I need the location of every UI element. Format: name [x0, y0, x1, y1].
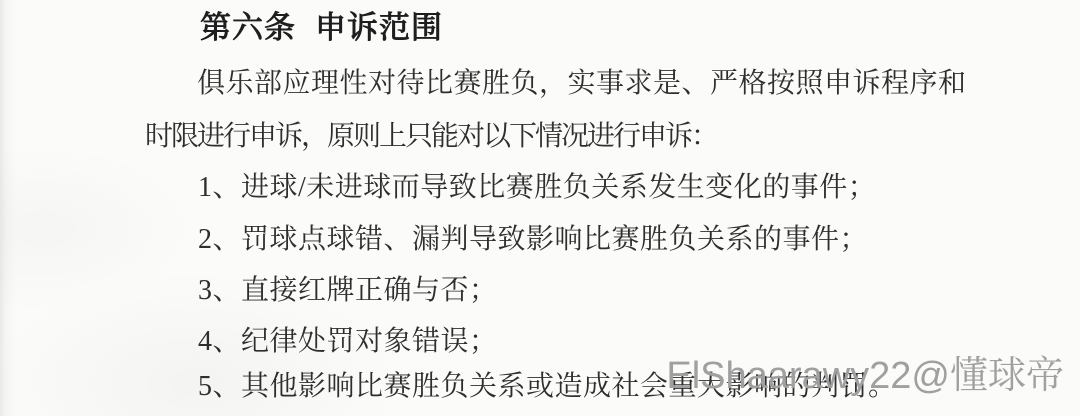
- list-item-3: 3、直接红牌正确与否；: [198, 271, 498, 311]
- paragraph-line-2: 时限进行申诉，原则上只能对以下情况进行申诉：: [145, 117, 717, 157]
- article-heading: 第六条申诉范围: [200, 8, 443, 48]
- article-number: 第六条: [200, 10, 296, 45]
- list-item-1: 1、进球/未进球而导致比赛胜负关系发生变化的事件；: [198, 168, 876, 208]
- paragraph-line-1: 俱乐部应理性对待比赛胜负，实事求是、严格按照申诉程序和: [197, 64, 967, 104]
- list-item-4: 4、纪律处罚对象错误；: [198, 322, 498, 362]
- scanned-document-page: 第六条申诉范围 俱乐部应理性对待比赛胜负，实事求是、严格按照申诉程序和 时限进行…: [0, 0, 1080, 416]
- list-item-2: 2、罚球点球错、漏判导致影响比赛胜负关系的事件；: [198, 220, 868, 260]
- article-title: 申诉范围: [315, 10, 443, 45]
- watermark: ElShaarawy22@懂球帝: [666, 352, 1064, 400]
